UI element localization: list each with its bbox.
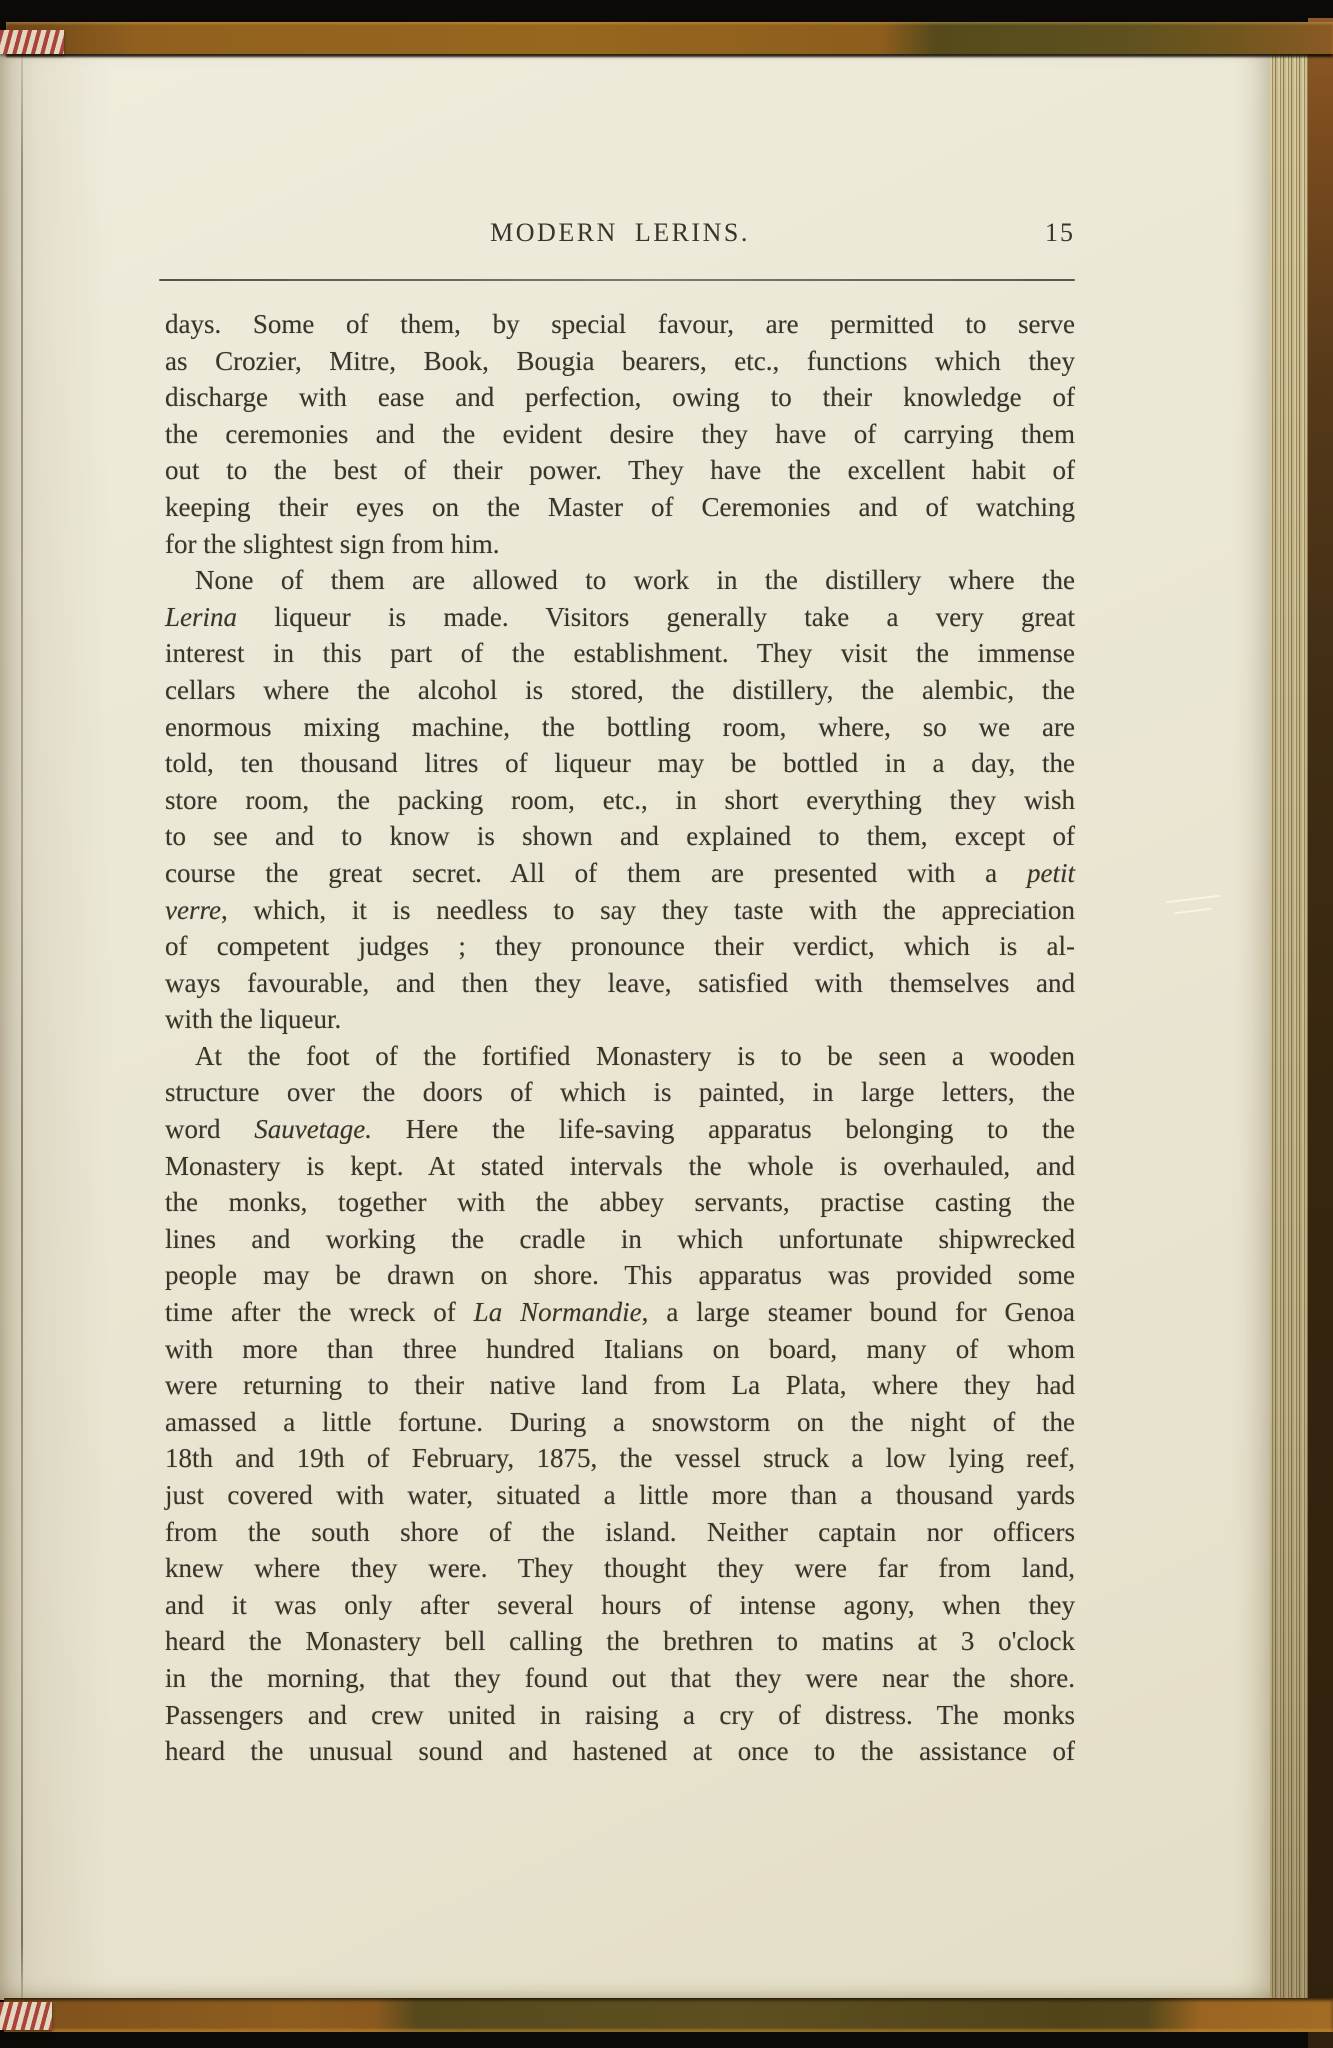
- text-line: course the great secret. All of them are…: [165, 855, 1075, 892]
- text-segment: just covered with water, situated a litt…: [165, 1480, 1075, 1510]
- text-segment: course the great secret. All of them are…: [165, 858, 1027, 888]
- text-segment: the ceremonies and the evident desire th…: [165, 419, 1075, 449]
- text-line: of competent judges ; they pronounce the…: [165, 928, 1075, 965]
- page-scratch-mark: [1174, 908, 1212, 914]
- text-segment: 18th and 19th of February, 1875, the ves…: [165, 1443, 1075, 1473]
- text-segment: lines and working the cradle in which un…: [165, 1224, 1075, 1254]
- text-segment: liqueur is made. Visitors generally take…: [237, 602, 1075, 632]
- text-segment: cellars where the alcohol is stored, the…: [165, 675, 1075, 705]
- text-segment: Monastery is kept. At stated intervals t…: [165, 1151, 1075, 1181]
- headband-top: [0, 30, 64, 54]
- text-line: in the morning, that they found out that…: [165, 1660, 1075, 1697]
- italic-text: verre: [165, 895, 221, 925]
- text-line: the monks, together with the abbey serva…: [165, 1184, 1075, 1221]
- text-line: for the slightest sign from him.: [165, 526, 1075, 563]
- headband-bottom: [0, 2002, 52, 2030]
- text-segment: knew where they were. They thought they …: [165, 1553, 1075, 1583]
- text-line: verre, which, it is needless to say they…: [165, 892, 1075, 929]
- text-segment: of competent judges ; they pronounce the…: [165, 931, 1075, 961]
- paragraph: days. Some of them, by special favour, a…: [165, 306, 1075, 562]
- italic-text: La Normandie: [474, 1297, 642, 1327]
- text-segment: None of them are allowed to work in the …: [195, 565, 1075, 595]
- text-line: Monastery is kept. At stated intervals t…: [165, 1148, 1075, 1185]
- text-segment: out to the best of their power. They hav…: [165, 455, 1075, 485]
- text-segment: from the south shore of the island. Neit…: [165, 1517, 1075, 1547]
- body-text: days. Some of them, by special favour, a…: [165, 306, 1075, 1770]
- text-line: told, ten thousand litres of liqueur may…: [165, 745, 1075, 782]
- book-scan-photo: MODERN LERINS. 15 days. Some of them, by…: [0, 0, 1333, 2048]
- text-line: days. Some of them, by special favour, a…: [165, 306, 1075, 343]
- italic-text: petit: [1027, 858, 1075, 888]
- paragraph: None of them are allowed to work in the …: [165, 562, 1075, 1038]
- text-segment: enormous mixing machine, the bottling ro…: [165, 712, 1075, 742]
- text-line: just covered with water, situated a litt…: [165, 1477, 1075, 1514]
- text-segment: for the slightest sign from him.: [165, 529, 499, 559]
- text-line: lines and working the cradle in which un…: [165, 1221, 1075, 1258]
- text-segment: with the liqueur.: [165, 1004, 341, 1034]
- text-segment: interest in this part of the establishme…: [165, 638, 1075, 668]
- text-line: the ceremonies and the evident desire th…: [165, 416, 1075, 453]
- text-segment: were returning to their native land from…: [165, 1370, 1075, 1400]
- text-line: keeping their eyes on the Master of Cere…: [165, 489, 1075, 526]
- text-line: None of them are allowed to work in the …: [165, 562, 1075, 599]
- text-line: 18th and 19th of February, 1875, the ves…: [165, 1440, 1075, 1477]
- binding-top-band: [6, 22, 1333, 54]
- text-segment: and it was only after several hours of i…: [165, 1590, 1075, 1620]
- book-page: MODERN LERINS. 15 days. Some of them, by…: [0, 52, 1272, 2000]
- text-line: Lerina liqueur is made. Visitors general…: [165, 599, 1075, 636]
- text-segment: with more than three hundred Italians on…: [165, 1334, 1075, 1364]
- book-cover-right: [1308, 18, 1333, 2048]
- binding-bottom-band: [4, 1998, 1333, 2032]
- header-rule: [159, 279, 1075, 281]
- text-line: from the south shore of the island. Neit…: [165, 1514, 1075, 1551]
- text-segment: in the morning, that they found out that…: [165, 1663, 1075, 1693]
- text-line: with the liqueur.: [165, 1001, 1075, 1038]
- text-segment: Here the life-saving apparatus belonging…: [372, 1114, 1075, 1144]
- text-line: heard the unusual sound and hastened at …: [165, 1733, 1075, 1770]
- text-line: and it was only after several hours of i…: [165, 1587, 1075, 1624]
- text-line: with more than three hundred Italians on…: [165, 1331, 1075, 1368]
- text-segment: , a large steamer bound for Genoa: [642, 1297, 1075, 1327]
- paragraph: At the foot of the fortified Monastery i…: [165, 1038, 1075, 1770]
- text-line: heard the Monastery bell calling the bre…: [165, 1623, 1075, 1660]
- italic-text: Lerina: [165, 602, 237, 632]
- text-segment: heard the Monastery bell calling the bre…: [165, 1626, 1075, 1656]
- text-line: discharge with ease and perfection, owin…: [165, 379, 1075, 416]
- text-segment: discharge with ease and perfection, owin…: [165, 382, 1075, 412]
- text-line: store room, the packing room, etc., in s…: [165, 782, 1075, 819]
- text-segment: word: [165, 1114, 254, 1144]
- text-segment: amassed a little fortune. During a snows…: [165, 1407, 1075, 1437]
- text-segment: heard the unusual sound and hastened at …: [165, 1736, 1075, 1766]
- text-segment: as Crozier, Mitre, Book, Bougia bearers,…: [165, 346, 1075, 376]
- text-line: cellars where the alcohol is stored, the…: [165, 672, 1075, 709]
- text-segment: store room, the packing room, etc., in s…: [165, 785, 1075, 815]
- gutter-crease-line: [21, 52, 23, 2000]
- text-line: At the foot of the fortified Monastery i…: [165, 1038, 1075, 1075]
- text-line: time after the wreck of La Normandie, a …: [165, 1294, 1075, 1331]
- text-segment: ways favourable, and then they leave, sa…: [165, 968, 1075, 998]
- text-segment: to see and to know is shown and explaine…: [165, 821, 1075, 851]
- text-line: as Crozier, Mitre, Book, Bougia bearers,…: [165, 343, 1075, 380]
- text-segment: days. Some of them, by special favour, a…: [165, 309, 1075, 339]
- text-segment: , which, it is needless to say they tast…: [221, 895, 1075, 925]
- text-line: enormous mixing machine, the bottling ro…: [165, 709, 1075, 746]
- text-segment: told, ten thousand litres of liqueur may…: [165, 748, 1075, 778]
- page-edges-stack: [1270, 40, 1310, 2008]
- text-line: ways favourable, and then they leave, sa…: [165, 965, 1075, 1002]
- text-line: knew where they were. They thought they …: [165, 1550, 1075, 1587]
- text-line: interest in this part of the establishme…: [165, 635, 1075, 672]
- italic-text: Sauvetage.: [254, 1114, 372, 1144]
- text-line: Passengers and crew united in raising a …: [165, 1697, 1075, 1734]
- text-line: out to the best of their power. They hav…: [165, 452, 1075, 489]
- text-line: to see and to know is shown and explaine…: [165, 818, 1075, 855]
- text-segment: keeping their eyes on the Master of Cere…: [165, 492, 1075, 522]
- text-line: structure over the doors of which is pai…: [165, 1074, 1075, 1111]
- text-segment: At the foot of the fortified Monastery i…: [195, 1041, 1075, 1071]
- text-segment: Passengers and crew united in raising a …: [165, 1700, 1075, 1730]
- text-segment: the monks, together with the abbey serva…: [165, 1187, 1075, 1217]
- text-line: people may be drawn on shore. This appar…: [165, 1257, 1075, 1294]
- text-segment: structure over the doors of which is pai…: [165, 1077, 1075, 1107]
- text-segment: people may be drawn on shore. This appar…: [165, 1260, 1075, 1290]
- text-segment: time after the wreck of: [165, 1297, 474, 1327]
- page-number: 15: [165, 216, 1075, 250]
- text-line: amassed a little fortune. During a snows…: [165, 1404, 1075, 1441]
- text-line: word Sauvetage. Here the life-saving app…: [165, 1111, 1075, 1148]
- gutter-shadow: [0, 52, 110, 2000]
- text-line: were returning to their native land from…: [165, 1367, 1075, 1404]
- page-scratch-mark: [1166, 895, 1220, 904]
